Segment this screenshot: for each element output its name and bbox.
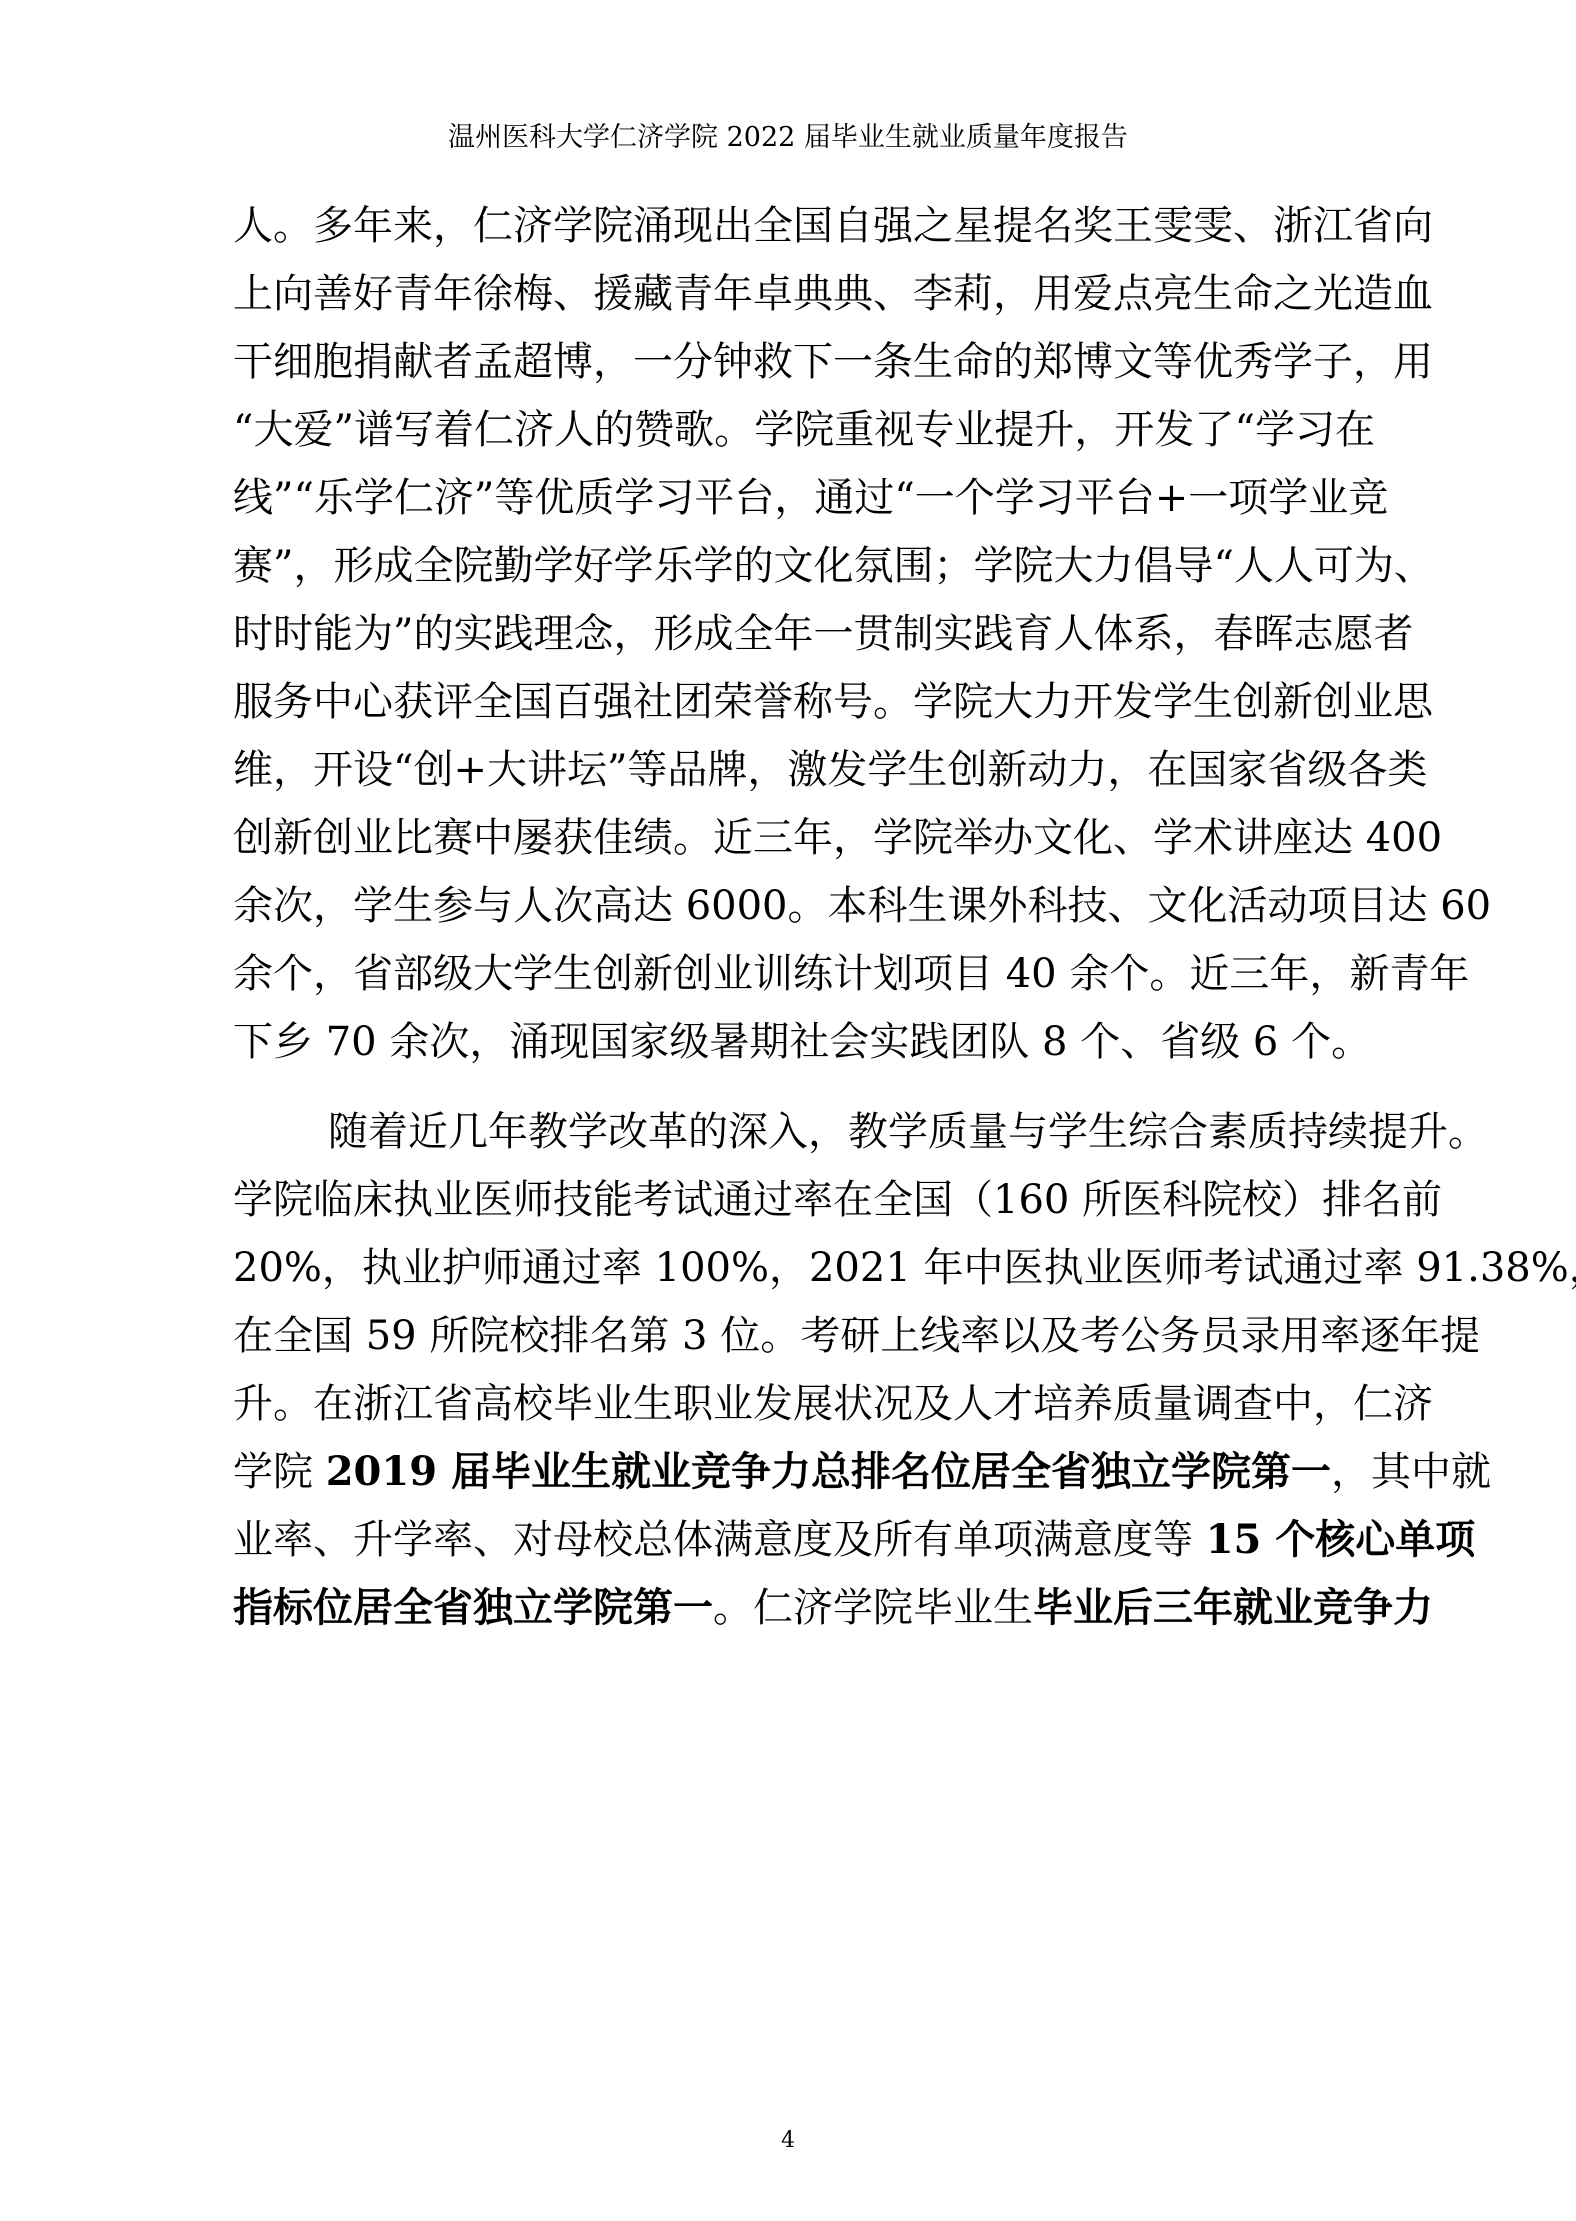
paragraph-spacing	[233, 1076, 1375, 1098]
text-line: 升。在浙江省高校毕业生职业发展状况及人才培养质量调查中，仁济	[233, 1370, 1375, 1438]
text-line: 20%，执业护师通过率 100%，2021 年中医执业医师考试通过率 91.38…	[233, 1234, 1375, 1302]
bold-highlight: 2019 届毕业生就业竞争力总排名位居全省独立学院第一	[326, 1448, 1331, 1495]
text-line: 线”“乐学仁济”等优质学习平台，通过“一个学习平台+一项学业竞	[233, 464, 1375, 532]
text-line: 时时能为”的实践理念，形成全年一贯制实践育人体系，春晖志愿者	[233, 600, 1375, 668]
text-line: “大爱”谱写着仁济人的赞歌。学院重视专业提升，开发了“学习在	[233, 396, 1375, 464]
page-header-title: 温州医科大学仁济学院 2022 届毕业生就业质量年度报告	[0, 118, 1576, 158]
text-line: 创新创业比赛中屡获佳绩。近三年，学院举办文化、学术讲座达 400	[233, 804, 1375, 872]
text-line: 业率、升学率、对母校总体满意度及所有单项满意度等 15 个核心单项	[233, 1506, 1375, 1574]
text-line: 维，开设“创+大讲坛”等品牌，激发学生创新动力，在国家省级各类	[233, 736, 1375, 804]
text-line: 人。多年来，仁济学院涌现出全国自强之星提名奖王雯雯、浙江省向	[233, 192, 1375, 260]
text-line: 服务中心获评全国百强社团荣誉称号。学院大力开发学生创新创业思	[233, 668, 1375, 736]
text-line: 下乡 70 余次，涌现国家级暑期社会实践团队 8 个、省级 6 个。	[233, 1008, 1375, 1076]
text-line: 指标位居全省独立学院第一。仁济学院毕业生毕业后三年就业竞争力	[233, 1574, 1375, 1642]
text-line: 赛”，形成全院勤学好学乐学的文化氛围；学院大力倡导“人人可为、	[233, 532, 1375, 600]
text-line: 上向善好青年徐梅、援藏青年卓典典、李莉，用爱点亮生命之光造血	[233, 260, 1375, 328]
page-number: 4	[0, 2126, 1576, 2156]
bold-highlight: 毕业后三年就业竞争力	[1033, 1584, 1433, 1631]
text-line: 干细胞捐献者孟超博，一分钟救下一条生命的郑博文等优秀学子，用	[233, 328, 1375, 396]
paragraph-2: 随着近几年教学改革的深入，教学质量与学生综合素质持续提升。 学院临床执业医师技能…	[233, 1098, 1375, 1642]
paragraph-1: 人。多年来，仁济学院涌现出全国自强之星提名奖王雯雯、浙江省向 上向善好青年徐梅、…	[233, 192, 1375, 1076]
text-line: 学院 2019 届毕业生就业竞争力总排名位居全省独立学院第一，其中就	[233, 1438, 1375, 1506]
document-body: 人。多年来，仁济学院涌现出全国自强之星提名奖王雯雯、浙江省向 上向善好青年徐梅、…	[233, 192, 1375, 1642]
text-line: 在全国 59 所院校排名第 3 位。考研上线率以及考公务员录用率逐年提	[233, 1302, 1375, 1370]
text-line: 随着近几年教学改革的深入，教学质量与学生综合素质持续提升。	[233, 1098, 1375, 1166]
bold-highlight: 15 个核心单项	[1206, 1516, 1476, 1563]
text-line: 余次，学生参与人次高达 6000。本科生课外科技、文化活动项目达 60	[233, 872, 1375, 940]
text-line: 学院临床执业医师技能考试通过率在全国（160 所医科院校）排名前	[233, 1166, 1375, 1234]
text-line: 余个，省部级大学生创新创业训练计划项目 40 余个。近三年，新青年	[233, 940, 1375, 1008]
bold-highlight: 指标位居全省独立学院第一	[233, 1584, 713, 1631]
